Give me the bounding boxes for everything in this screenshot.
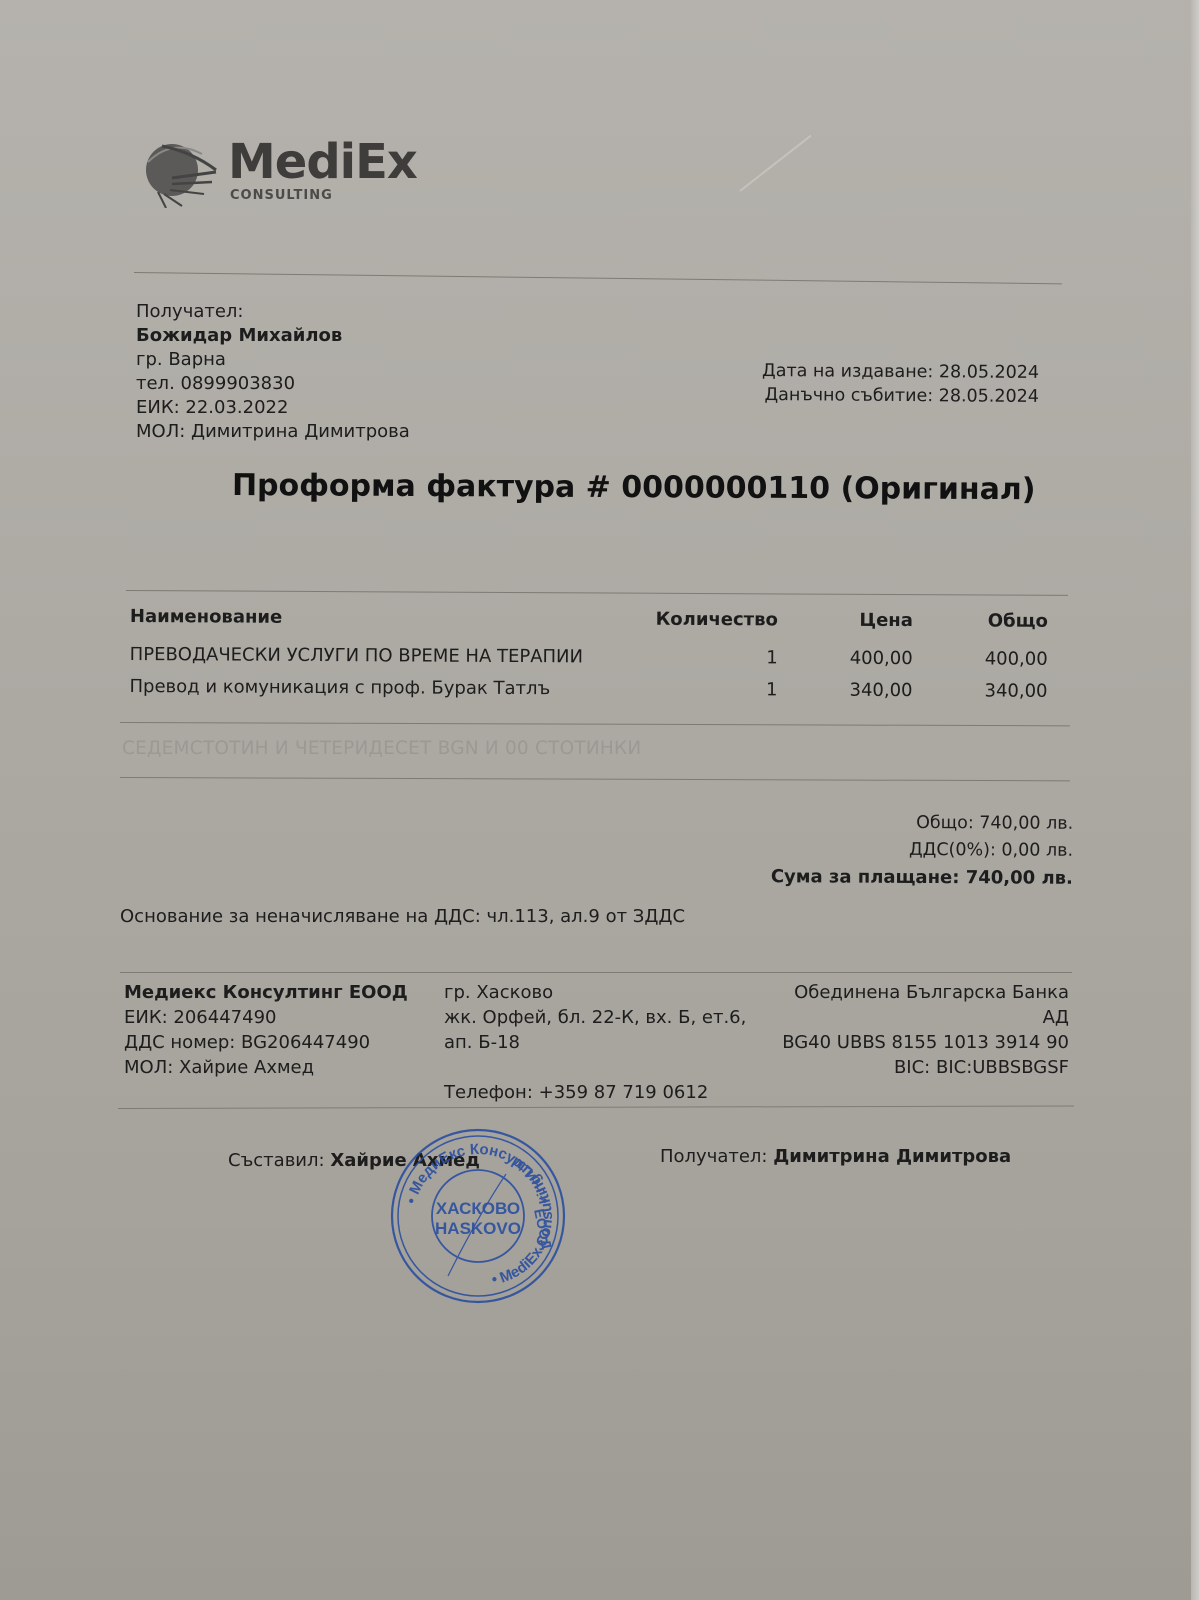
vat-basis: Основание за неначисляване на ДДС: чл.11… [120,906,685,927]
receiver-signature: Получател: Димитрина Димитрова [660,1146,1011,1167]
dates-block: Дата на издаване: 28.05.2024 Данъчно съб… [762,359,1039,409]
item-qty: 1 [766,647,778,668]
table-header: Наименование Количество Цена Общо [126,600,1068,643]
logo-name: MediEx [228,134,417,190]
amount-due: Сума за плащане: 740,00 лв. [771,863,1073,892]
amount-due-label: Сума за плащане: [771,866,960,888]
address-line1: жк. Орфей, бл. 22-К, вх. Б, ет.6, [444,1005,746,1030]
recipient-phone: тел. 0899903830 [136,372,410,396]
table-row: ПРЕВОДАЧЕСКИ УСЛУГИ ПО ВРЕМЕ НА ТЕРАПИИ … [126,638,1068,675]
globe-swoosh-icon [142,132,218,208]
company-stamp: • МедиЕкс Консултинг • • MediEx Consulti… [388,1126,568,1306]
recipient-city: гр. Варна [136,348,410,372]
company-vat-no: ДДС номер: BG206447490 [124,1030,408,1055]
table-row: Превод и комуникация с проф. Бурак Татлъ… [125,670,1067,707]
issue-date: Дата на издаване: 28.05.2024 [762,359,1039,385]
bank-iban: BG40 UBBS 8155 1013 3914 90 [782,1030,1069,1055]
bank-info: Обединена Българска Банка АД BG40 UBBS 8… [782,980,1069,1080]
items-table: Наименование Количество Цена Общо ПРЕВОД… [125,600,1068,707]
company-mol: МОЛ: Хайрие Ахмед [124,1055,408,1080]
company-name: Медиекс Консултинг ЕООД [124,980,408,1005]
divider [126,590,1068,596]
header-total: Общо [988,611,1048,632]
receiver-name: Димитрина Димитрова [773,1146,1011,1167]
divider [120,972,1072,973]
company-logo: MediEx CONSULTING [142,130,422,210]
recipient-mol: МОЛ: Димитрина Димитрова [136,420,410,444]
divider [118,1105,1074,1109]
bank-name: Обединена Българска Банка [782,980,1069,1005]
item-name: ПРЕВОДАЧЕСКИ УСЛУГИ ПО ВРЕМЕ НА ТЕРАПИИ [130,644,583,667]
item-price: 400,00 [850,648,913,669]
recipient-eik: ЕИК: 22.03.2022 [136,396,410,420]
address-line2: ап. Б-18 [444,1030,746,1055]
logo-subtitle: CONSULTING [230,188,333,203]
bank-name-suffix: АД [782,1005,1069,1030]
item-total: 340,00 [984,680,1047,701]
recipient-label: Получател: [136,300,410,324]
stamp-center-line2: HASKOVO [435,1219,521,1238]
tax-event-date: Данъчно събитие: 28.05.2024 [762,383,1039,409]
address-city: гр. Хасково [444,980,746,1005]
stamp-center-line1: ХАСКОВО [436,1199,520,1218]
recipient-name: Божидар Михайлов [136,324,410,348]
company-eik: ЕИК: 206447490 [124,1005,408,1030]
header-name: Наименование [130,606,282,628]
amount-due-value: 740,00 лв. [966,867,1073,889]
header-price: Цена [859,610,913,631]
divider [120,777,1070,781]
company-phone: Телефон: +359 87 719 0612 [444,1080,746,1105]
header-qty: Количество [656,609,778,631]
subtotal: Общо: 740,00 лв. [771,809,1073,838]
amount-in-words: СЕДЕМСТОТИН И ЧЕТЕРИДЕСЕТ BGN И 00 СТОТИ… [122,738,641,759]
company-info: Медиекс Консултинг ЕООД ЕИК: 206447490 Д… [124,980,408,1080]
paper-edge [1191,0,1199,1600]
item-total: 400,00 [985,648,1048,669]
vat-amount: ДДС(0%): 0,00 лв. [771,836,1073,865]
item-name: Превод и комуникация с проф. Бурак Татлъ [129,676,550,699]
recipient-block: Получател: Божидар Михайлов гр. Варна те… [136,300,410,444]
composer-label: Съставил: [228,1150,325,1171]
totals-block: Общо: 740,00 лв. ДДС(0%): 0,00 лв. Сума … [771,809,1073,892]
divider [134,272,1062,284]
receiver-label: Получател: [660,1146,768,1167]
bank-bic: BIC: BIC:UBBSBGSF [782,1055,1069,1080]
item-qty: 1 [766,679,778,700]
item-price: 340,00 [849,680,912,701]
divider [120,722,1070,726]
document-title: Проформа фактура # 0000000110 (Оригинал) [232,468,1036,507]
company-address: гр. Хасково жк. Орфей, бл. 22-К, вх. Б, … [444,980,746,1105]
paper-crease [739,135,811,192]
